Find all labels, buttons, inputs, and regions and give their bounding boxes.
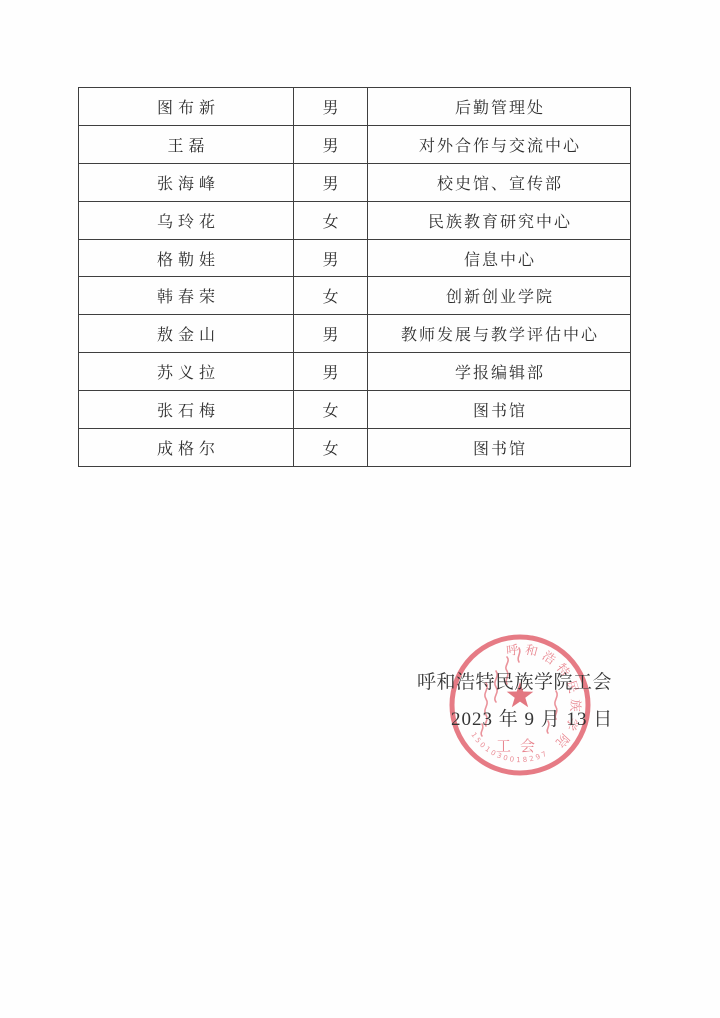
seal-bottom-text: 工会 <box>496 738 544 755</box>
cell-department: 图书馆 <box>368 391 631 429</box>
cell-gender: 女 <box>294 391 368 429</box>
cell-gender: 女 <box>294 277 368 315</box>
cell-gender: 男 <box>294 239 368 277</box>
cell-department: 民族教育研究中心 <box>368 201 631 239</box>
table-row: 苏义拉 男 学报编辑部 <box>79 353 631 391</box>
cell-department: 教师发展与教学评估中心 <box>368 315 631 353</box>
cell-gender: 男 <box>294 315 368 353</box>
cell-department: 信息中心 <box>368 239 631 277</box>
table-row: 张石梅 女 图书馆 <box>79 391 631 429</box>
signature-organization: 呼和浩特民族学院工会 <box>417 667 612 694</box>
cell-department: 学报编辑部 <box>368 353 631 391</box>
cell-department: 校史馆、宣传部 <box>368 163 631 201</box>
cell-name: 王磊 <box>79 125 294 163</box>
cell-gender: 男 <box>294 125 368 163</box>
cell-department: 创新创业学院 <box>368 277 631 315</box>
table-row: 韩春荣 女 创新创业学院 <box>79 277 631 315</box>
table-row: 图布新 男 后勤管理处 <box>79 88 631 126</box>
table-row: 王磊 男 对外合作与交流中心 <box>79 125 631 163</box>
cell-name: 图布新 <box>79 88 294 126</box>
document-page: 图布新 男 后勤管理处 王磊 男 对外合作与交流中心 张海峰 男 校史馆、宣传部… <box>0 0 720 1018</box>
cell-gender: 女 <box>294 201 368 239</box>
table-row: 成格尔 女 图书馆 <box>79 429 631 467</box>
table-row: 敖金山 男 教师发展与教学评估中心 <box>79 315 631 353</box>
table-row: 张海峰 男 校史馆、宣传部 <box>79 163 631 201</box>
cell-gender: 男 <box>294 88 368 126</box>
cell-name: 韩春荣 <box>79 277 294 315</box>
cell-gender: 男 <box>294 353 368 391</box>
cell-name: 敖金山 <box>79 315 294 353</box>
cell-name: 格勒娃 <box>79 239 294 277</box>
cell-name: 张石梅 <box>79 391 294 429</box>
cell-name: 乌玲花 <box>79 201 294 239</box>
cell-gender: 女 <box>294 429 368 467</box>
signature-date: 2023 年 9 月 13 日 <box>451 704 613 731</box>
roster-table: 图布新 男 后勤管理处 王磊 男 对外合作与交流中心 张海峰 男 校史馆、宣传部… <box>78 87 631 467</box>
cell-name: 苏义拉 <box>79 353 294 391</box>
cell-department: 图书馆 <box>368 429 631 467</box>
cell-department: 对外合作与交流中心 <box>368 125 631 163</box>
cell-name: 成格尔 <box>79 429 294 467</box>
table-row: 格勒娃 男 信息中心 <box>79 239 631 277</box>
cell-name: 张海峰 <box>79 163 294 201</box>
cell-department: 后勤管理处 <box>368 88 631 126</box>
cell-gender: 男 <box>294 163 368 201</box>
table-row: 乌玲花 女 民族教育研究中心 <box>79 201 631 239</box>
